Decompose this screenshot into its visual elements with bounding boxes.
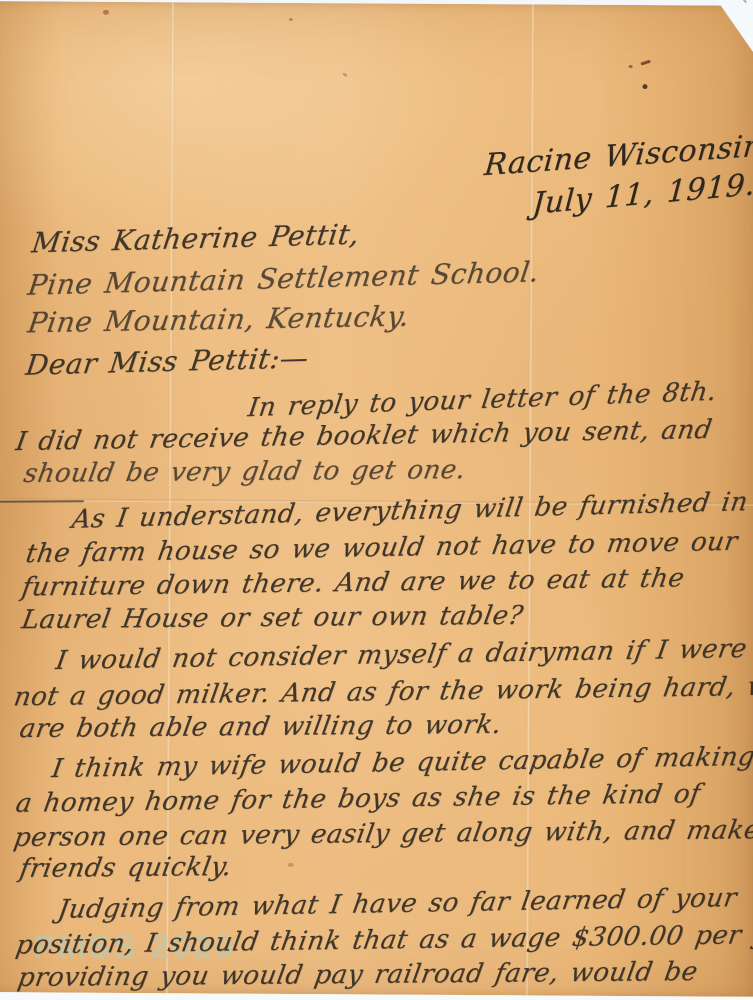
body-line: providing you would pay railroad fare, w… (15, 957, 700, 993)
stain-speck (103, 10, 109, 15)
stain-speck (289, 18, 293, 21)
body-line: friends quickly. (17, 852, 234, 884)
stain-speck (288, 863, 294, 867)
letter-scan: PMSS 2020 Racine Wisconsin. July 11, 191… (0, 0, 753, 1000)
stain-speck (342, 72, 348, 77)
fold-crease-horizontal-dark (0, 500, 84, 502)
address-line: Pine Mountain, Kentucky. (26, 300, 412, 340)
stain-speck (642, 84, 647, 89)
body-line: Laurel House or set our own table? (19, 601, 525, 635)
stain-speck (629, 65, 633, 68)
stain-speck (640, 60, 650, 66)
body-line: are both able and willing to work. (17, 710, 504, 744)
body-line: should be very glad to get one. (21, 455, 468, 489)
